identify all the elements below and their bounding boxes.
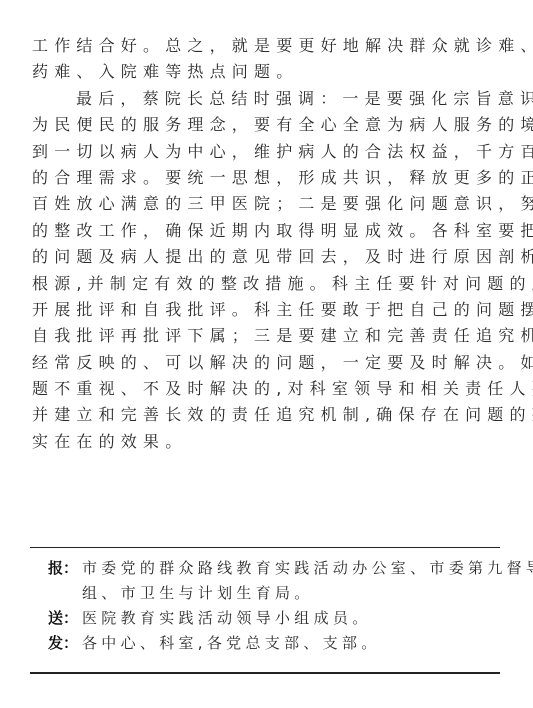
paragraph-line: 药难、入院难等热点问题。 — [32, 59, 502, 85]
paragraph-line: 的合理需求。要统一思想，形成共识，释放更多的正能量，建设 — [32, 165, 502, 191]
paragraph-line: 经常反映的、可以解决的问题，一定要及时解决。如果对这些问 — [32, 350, 502, 376]
distribution-list: 报： 市委党的群众路线教育实践活动办公室、市委第九督导 组、市卫生与计划生育局。… — [48, 556, 498, 656]
divider-top — [30, 547, 500, 548]
body-text: 工作结合好。总之，就是要更好地解决群众就诊难、检查难、取 药难、入院难等热点问题… — [32, 33, 502, 455]
divider-bottom — [30, 672, 500, 674]
report-recipients: 市委党的群众路线教育实践活动办公室、市委第九督导 — [82, 556, 533, 581]
paragraph-line: 题不重视、不及时解决的,对科室领导和相关责任人要进行问责， — [32, 376, 502, 402]
report-label: 报： — [48, 556, 82, 581]
paragraph-line: 实在在的效果。 — [32, 429, 502, 455]
paragraph-line: 为民便民的服务理念，要有全心全意为病人服务的境界。坚持做 — [32, 112, 502, 138]
issue-label: 发： — [48, 631, 82, 656]
paragraph-line: 自我批评再批评下属；三是要建立和完善责任追究机制，对群众 — [32, 323, 502, 349]
send-recipients: 医院教育实践活动领导小组成员。 — [82, 606, 372, 631]
send-label: 送： — [48, 606, 82, 631]
report-to-row-continued: 组、市卫生与计划生育局。 — [48, 581, 498, 606]
report-recipients-continued: 组、市卫生与计划生育局。 — [82, 581, 314, 606]
paragraph-line: 并建立和完善长效的责任追究机制,确保存在问题的整改取得实 — [32, 402, 502, 428]
report-to-row: 报： 市委党的群众路线教育实践活动办公室、市委第九督导 — [48, 556, 498, 581]
paragraph-line: 的问题及病人提出的意见带回去，及时进行原因剖析，找准问题 — [32, 244, 502, 270]
paragraph-line: 最后，蔡院长总结时强调：一是要强化宗旨意识，牢固树立 — [32, 86, 502, 112]
send-to-row: 送： 医院教育实践活动领导小组成员。 — [48, 606, 498, 631]
paragraph-line: 开展批评和自我批评。科主任要敢于把自己的问题摆进去，带头 — [32, 297, 502, 323]
issue-recipients: 各中心、科室,各党总支部、支部。 — [82, 631, 381, 656]
paragraph-line: 的整改工作，确保近期内取得明显成效。各科室要把本科室存在 — [32, 218, 502, 244]
paragraph-line: 工作结合好。总之，就是要更好地解决群众就诊难、检查难、取 — [32, 33, 502, 59]
paragraph-line: 根源,并制定有效的整改措施。科主任要针对问题的原因和责任， — [32, 271, 502, 297]
paragraph-line: 到一切以病人为中心，维护病人的合法权益，千方百计解决病人 — [32, 139, 502, 165]
paragraph-line: 百姓放心满意的三甲医院；二是要强化问题意识，努力抓好问题 — [32, 191, 502, 217]
issue-to-row: 发： 各中心、科室,各党总支部、支部。 — [48, 631, 498, 656]
